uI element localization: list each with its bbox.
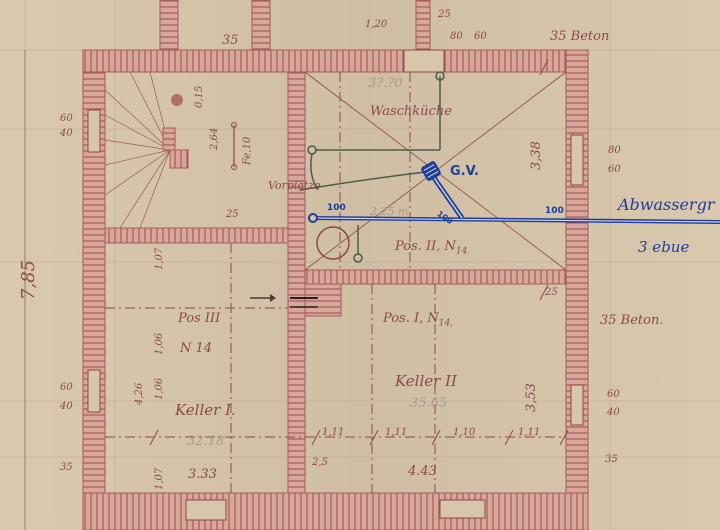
stair-landing: [170, 150, 188, 168]
room-label-keller2: Keller II: [395, 374, 457, 389]
sewer-sub-label: 3 ebue: [638, 240, 689, 255]
dim-vchain-5: 1,07: [155, 468, 165, 490]
wall-interior-right-horizontal: [305, 270, 566, 284]
dim-top-1-20: 1,20: [365, 20, 387, 30]
dim-left-window2-bottom: 40: [60, 402, 73, 412]
window-left-1: [88, 110, 100, 152]
dim-overall-height: 7,85: [20, 260, 38, 300]
window-right-1: [571, 135, 583, 185]
dim-mid-25: 25: [226, 210, 239, 220]
wall-interior-left-horizontal: [105, 228, 288, 243]
opening-top-right: [404, 50, 444, 72]
floor-plan-graphics: [0, 0, 720, 530]
window-right-2: [571, 385, 583, 425]
dim-top-35-beton: 35 Beton: [550, 30, 609, 43]
room-label-pos1: Pos. I, N14,: [383, 312, 453, 329]
dim-top-60: 60: [474, 32, 487, 42]
dim-vchain-2: 1,06: [155, 333, 165, 355]
dim-height-3-38: 3,38: [530, 141, 543, 170]
dim-width-right: 4.43: [408, 465, 437, 478]
dim-left-window2-top: 60: [60, 383, 73, 393]
dim-top-35: 35: [222, 34, 239, 47]
dim-left-window1-bottom: 40: [60, 129, 73, 139]
room-area-keller1: 32.18: [187, 435, 224, 448]
dim-right-window1-top: 80: [608, 146, 621, 156]
dim-width-left: 3.33: [188, 468, 217, 481]
dim-top-25: 25: [438, 10, 451, 20]
light-fixture: [171, 94, 183, 106]
dim-bottom-right-35: 35: [605, 455, 618, 465]
wall-bottom: [83, 493, 588, 530]
room-label-keller1: Keller I.: [175, 403, 236, 418]
pipe-size-label-3: 100: [545, 207, 564, 216]
stair-post: [163, 128, 175, 150]
opening-bottom-left: [186, 500, 226, 520]
dim-right-window1-bottom: 60: [608, 165, 621, 175]
wall-top: [83, 50, 588, 72]
dim-stair-2: 2,64: [210, 128, 220, 150]
dim-hchain-2: 1,11: [385, 428, 407, 438]
dim-right-35-beton: 35 Beton.: [600, 314, 663, 327]
chimney-right: [416, 0, 430, 50]
dim-hchain-1: 1,11: [322, 428, 344, 438]
room-label-pos3-n: N 14: [180, 342, 212, 355]
wall-right: [566, 50, 588, 530]
room-label-pos2: Pos. II, N14: [395, 240, 467, 257]
dim-hchain-3: 1,10: [453, 428, 475, 438]
dim-stair-3: Fe,10: [243, 137, 253, 165]
room-label-pos3: Pos III: [178, 312, 220, 325]
wall-stub: [305, 284, 341, 316]
dim-vchain-1: 1,07: [155, 248, 165, 270]
window-left-2: [88, 370, 100, 412]
dim-stair-1: 0,15: [195, 86, 205, 108]
pipe-size-label-1: 100: [327, 204, 346, 213]
dim-right-window2-top: 60: [607, 390, 620, 400]
dim-vchain-4: 4,26: [135, 383, 145, 405]
dim-vchain-3: 1,06: [155, 378, 165, 400]
dim-height-3-53: 3,53: [525, 383, 538, 412]
room-label-waschkueche: Waschküche: [370, 105, 452, 118]
construction-grid: [0, 0, 720, 530]
dim-right-25: 25: [545, 288, 558, 298]
boiler-circle: [317, 227, 349, 259]
gv-label: G.V.: [450, 165, 479, 178]
room-area-keller2: 35.65: [410, 397, 447, 410]
dim-bottom-left-35: 35: [60, 463, 73, 473]
dim-right-window2-bottom: 40: [607, 408, 620, 418]
chimney-mid: [252, 0, 270, 50]
wall-interior-vertical: [288, 72, 305, 493]
room-label-vorplatz: Vorplätze: [268, 180, 321, 191]
chimney-left: [160, 0, 178, 50]
room-area-waschkueche: 3?.?0: [368, 77, 403, 90]
dim-hchain-4: 1,11: [518, 428, 540, 438]
pipe-length-dim: 2,25 m: [370, 206, 408, 217]
opening-bottom-right: [440, 500, 485, 518]
sewer-label: Abwassergr: [618, 197, 714, 213]
dim-bottom-mid-25: 2,5: [312, 458, 328, 468]
dim-left-window1-top: 60: [60, 114, 73, 124]
dim-top-80: 80: [450, 32, 463, 42]
